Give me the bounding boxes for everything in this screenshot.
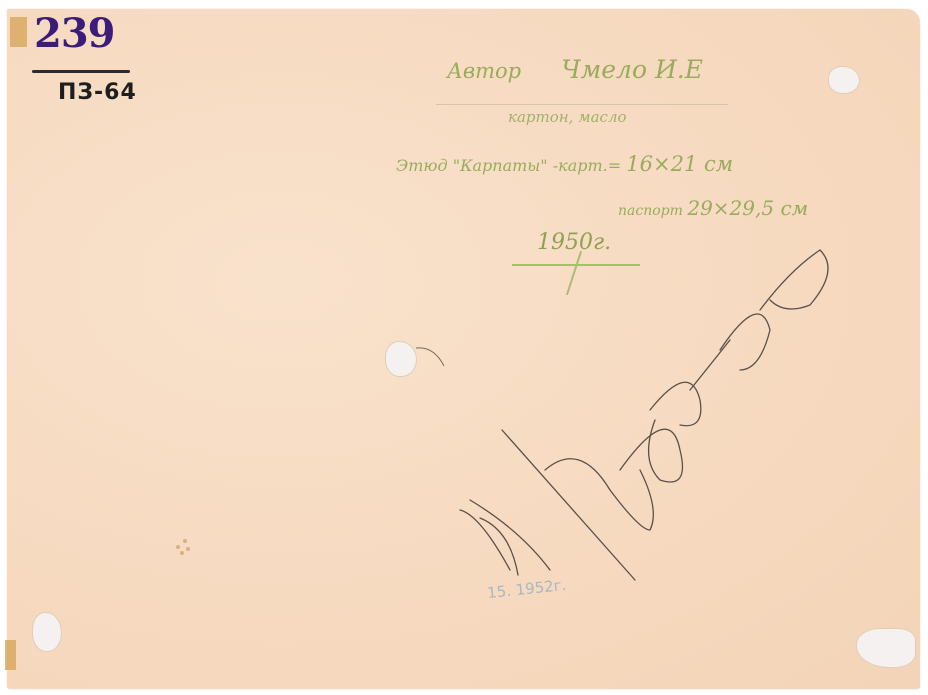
author-name: Чмело И.Е — [561, 55, 703, 84]
tape-remnant-top-left — [10, 17, 27, 47]
stamp-underline — [32, 70, 130, 73]
title-prefix: Этюд — [396, 156, 448, 175]
pencil-guide-line — [436, 104, 728, 105]
card-dimensions: 16×21 см — [626, 152, 733, 176]
inventory-code: ПЗ-64 — [58, 80, 137, 105]
passe-line: паспорт 29×29,5 см — [618, 196, 808, 220]
stain-spot — [170, 535, 200, 560]
inventory-stamp-number: 239 — [34, 14, 115, 54]
passe-label: паспорт — [618, 203, 683, 219]
tape-remnant-bottom-left — [5, 640, 16, 670]
passe-dimensions: 29×29,5 см — [687, 196, 808, 220]
author-line: Автор Чмело И.Е — [447, 55, 703, 84]
pencil-signature — [440, 230, 860, 610]
medium: картон, масло — [508, 108, 627, 126]
card-dims-label: -карт.= — [553, 156, 621, 175]
paper-loss-bottom-left — [32, 612, 62, 652]
artwork-title: "Карпаты" — [453, 156, 548, 175]
title-line: Этюд "Карпаты" -карт.= 16×21 см — [396, 152, 733, 176]
author-label: Автор — [447, 59, 521, 83]
paper-loss-top-right — [828, 66, 860, 94]
